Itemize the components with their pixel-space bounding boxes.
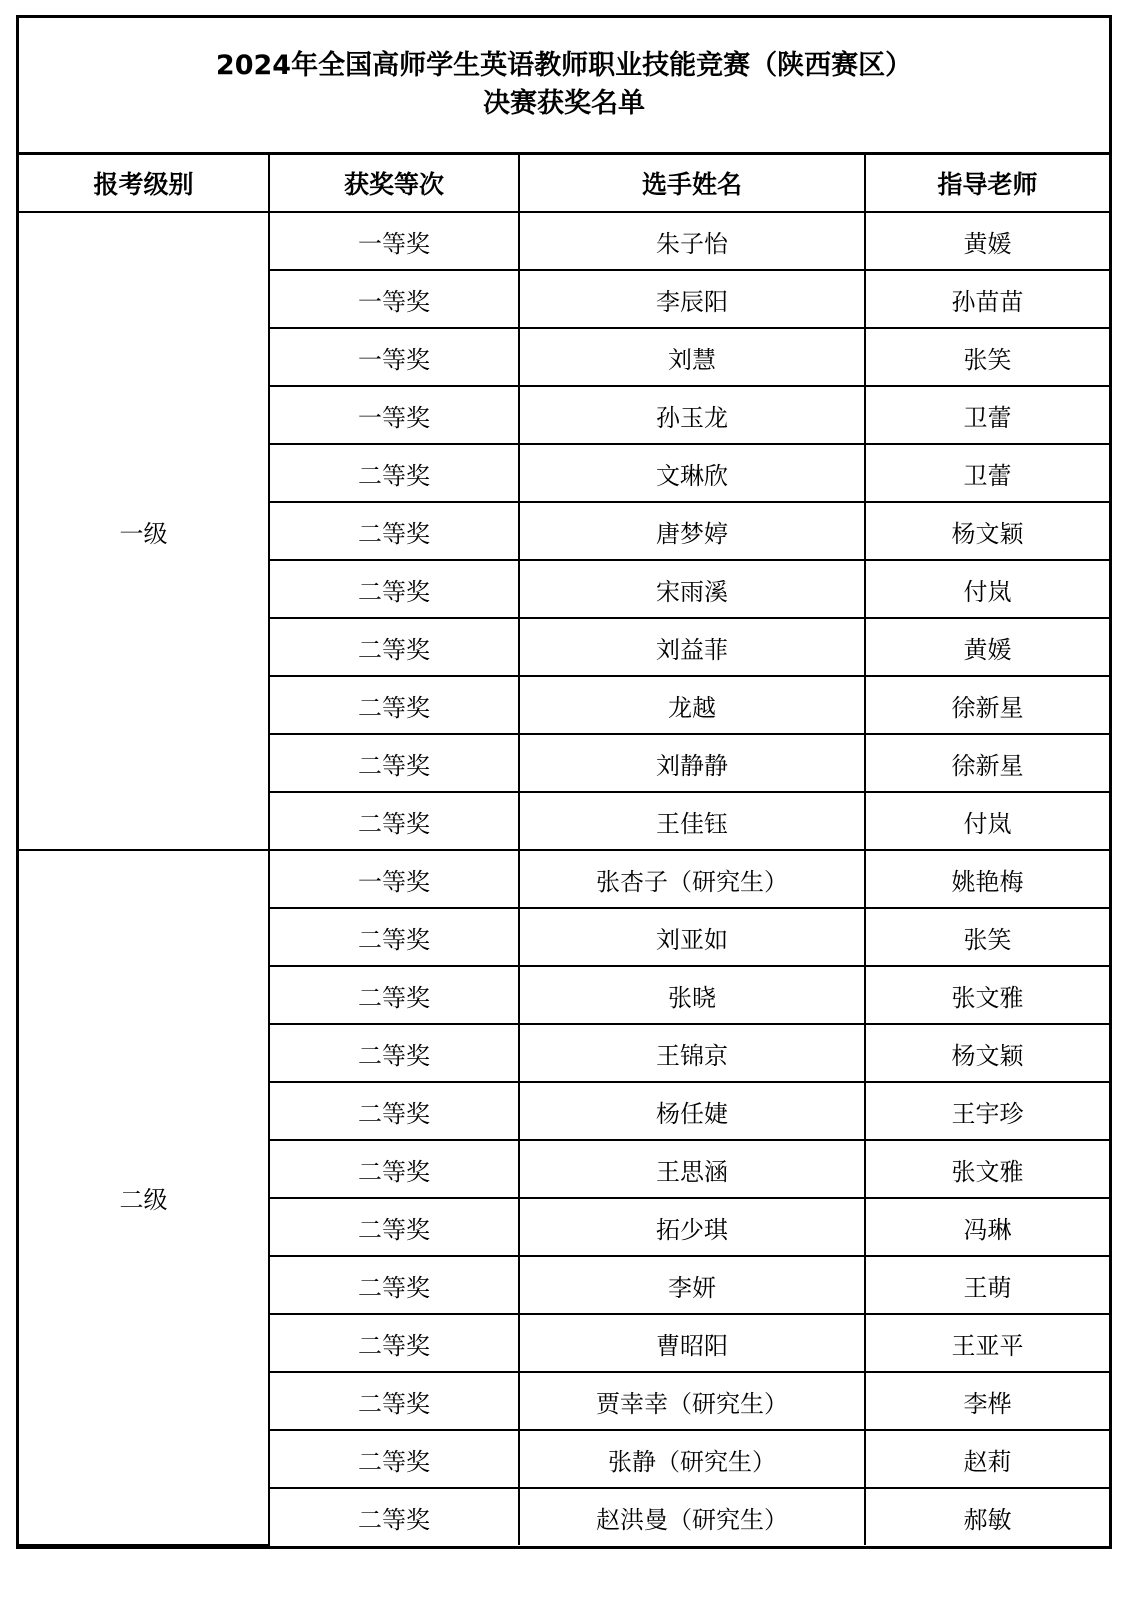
contestant-name-cell: 贾幸幸（研究生） [519, 1372, 865, 1430]
contestant-name-cell: 文琳欣 [519, 444, 865, 502]
award-cell: 一等奖 [269, 850, 519, 908]
award-cell: 一等奖 [269, 328, 519, 386]
award-cell: 二等奖 [269, 1198, 519, 1256]
award-cell: 二等奖 [269, 1024, 519, 1082]
teacher-name-cell: 卫蕾 [865, 444, 1109, 502]
column-header-teacher: 指导老师 [865, 155, 1109, 212]
award-cell: 二等奖 [269, 502, 519, 560]
award-cell: 二等奖 [269, 560, 519, 618]
document-title-block: 2024年全国高师学生英语教师职业技能竞赛（陕西赛区） 决赛获奖名单 [19, 18, 1109, 155]
teacher-name-cell: 张笑 [865, 908, 1109, 966]
contestant-name-cell: 李妍 [519, 1256, 865, 1314]
award-cell: 二等奖 [269, 1430, 519, 1488]
contestant-name-cell: 宋雨溪 [519, 560, 865, 618]
award-cell: 二等奖 [269, 618, 519, 676]
teacher-name-cell: 徐新星 [865, 676, 1109, 734]
award-cell: 二等奖 [269, 1256, 519, 1314]
contestant-name-cell: 唐梦婷 [519, 502, 865, 560]
award-cell: 二等奖 [269, 1082, 519, 1140]
contestant-name-cell: 张晓 [519, 966, 865, 1024]
award-cell: 二等奖 [269, 1140, 519, 1198]
contestant-name-cell: 王思涵 [519, 1140, 865, 1198]
table-header-row: 报考级别 获奖等次 选手姓名 指导老师 [19, 155, 1109, 212]
contestant-name-cell: 张静（研究生） [519, 1430, 865, 1488]
contestant-name-cell: 刘静静 [519, 734, 865, 792]
teacher-name-cell: 王宇珍 [865, 1082, 1109, 1140]
document-title: 2024年全国高师学生英语教师职业技能竞赛（陕西赛区） [216, 47, 912, 85]
teacher-name-cell: 付岚 [865, 792, 1109, 850]
table-row: 一级一等奖朱子怡黄媛 [19, 212, 1109, 270]
teacher-name-cell: 徐新星 [865, 734, 1109, 792]
level-cell: 一级 [19, 212, 269, 850]
document-subtitle: 决赛获奖名单 [483, 85, 645, 123]
contestant-name-cell: 赵洪曼（研究生） [519, 1488, 865, 1545]
teacher-name-cell: 李桦 [865, 1372, 1109, 1430]
teacher-name-cell: 张笑 [865, 328, 1109, 386]
contestant-name-cell: 曹昭阳 [519, 1314, 865, 1372]
award-table: 报考级别 获奖等次 选手姓名 指导老师 一级一等奖朱子怡黄媛一等奖李辰阳孙苗苗一… [19, 155, 1109, 1546]
teacher-name-cell: 张文雅 [865, 966, 1109, 1024]
teacher-name-cell: 黄媛 [865, 618, 1109, 676]
teacher-name-cell: 王萌 [865, 1256, 1109, 1314]
award-cell: 二等奖 [269, 1314, 519, 1372]
award-cell: 二等奖 [269, 444, 519, 502]
table-row: 二级一等奖张杏子（研究生）姚艳梅 [19, 850, 1109, 908]
contestant-name-cell: 李辰阳 [519, 270, 865, 328]
award-cell: 二等奖 [269, 1372, 519, 1430]
column-header-award: 获奖等次 [269, 155, 519, 212]
contestant-name-cell: 王佳钰 [519, 792, 865, 850]
award-cell: 二等奖 [269, 966, 519, 1024]
award-list-document: 2024年全国高师学生英语教师职业技能竞赛（陕西赛区） 决赛获奖名单 报考级别 … [16, 15, 1112, 1549]
teacher-name-cell: 王亚平 [865, 1314, 1109, 1372]
award-cell: 一等奖 [269, 386, 519, 444]
award-cell: 二等奖 [269, 908, 519, 966]
teacher-name-cell: 赵莉 [865, 1430, 1109, 1488]
teacher-name-cell: 冯琳 [865, 1198, 1109, 1256]
contestant-name-cell: 杨任婕 [519, 1082, 865, 1140]
teacher-name-cell: 郝敏 [865, 1488, 1109, 1545]
contestant-name-cell: 龙越 [519, 676, 865, 734]
contestant-name-cell: 孙玉龙 [519, 386, 865, 444]
award-cell: 一等奖 [269, 270, 519, 328]
contestant-name-cell: 刘慧 [519, 328, 865, 386]
contestant-name-cell: 刘亚如 [519, 908, 865, 966]
teacher-name-cell: 付岚 [865, 560, 1109, 618]
teacher-name-cell: 姚艳梅 [865, 850, 1109, 908]
contestant-name-cell: 张杏子（研究生） [519, 850, 865, 908]
teacher-name-cell: 孙苗苗 [865, 270, 1109, 328]
column-header-contestant: 选手姓名 [519, 155, 865, 212]
level-cell: 二级 [19, 850, 269, 1545]
teacher-name-cell: 黄媛 [865, 212, 1109, 270]
column-header-level: 报考级别 [19, 155, 269, 212]
teacher-name-cell: 杨文颖 [865, 502, 1109, 560]
teacher-name-cell: 杨文颖 [865, 1024, 1109, 1082]
award-cell: 二等奖 [269, 676, 519, 734]
contestant-name-cell: 王锦京 [519, 1024, 865, 1082]
award-cell: 二等奖 [269, 1488, 519, 1545]
contestant-name-cell: 刘益菲 [519, 618, 865, 676]
contestant-name-cell: 拓少琪 [519, 1198, 865, 1256]
teacher-name-cell: 卫蕾 [865, 386, 1109, 444]
award-cell: 二等奖 [269, 792, 519, 850]
award-cell: 一等奖 [269, 212, 519, 270]
award-cell: 二等奖 [269, 734, 519, 792]
contestant-name-cell: 朱子怡 [519, 212, 865, 270]
teacher-name-cell: 张文雅 [865, 1140, 1109, 1198]
